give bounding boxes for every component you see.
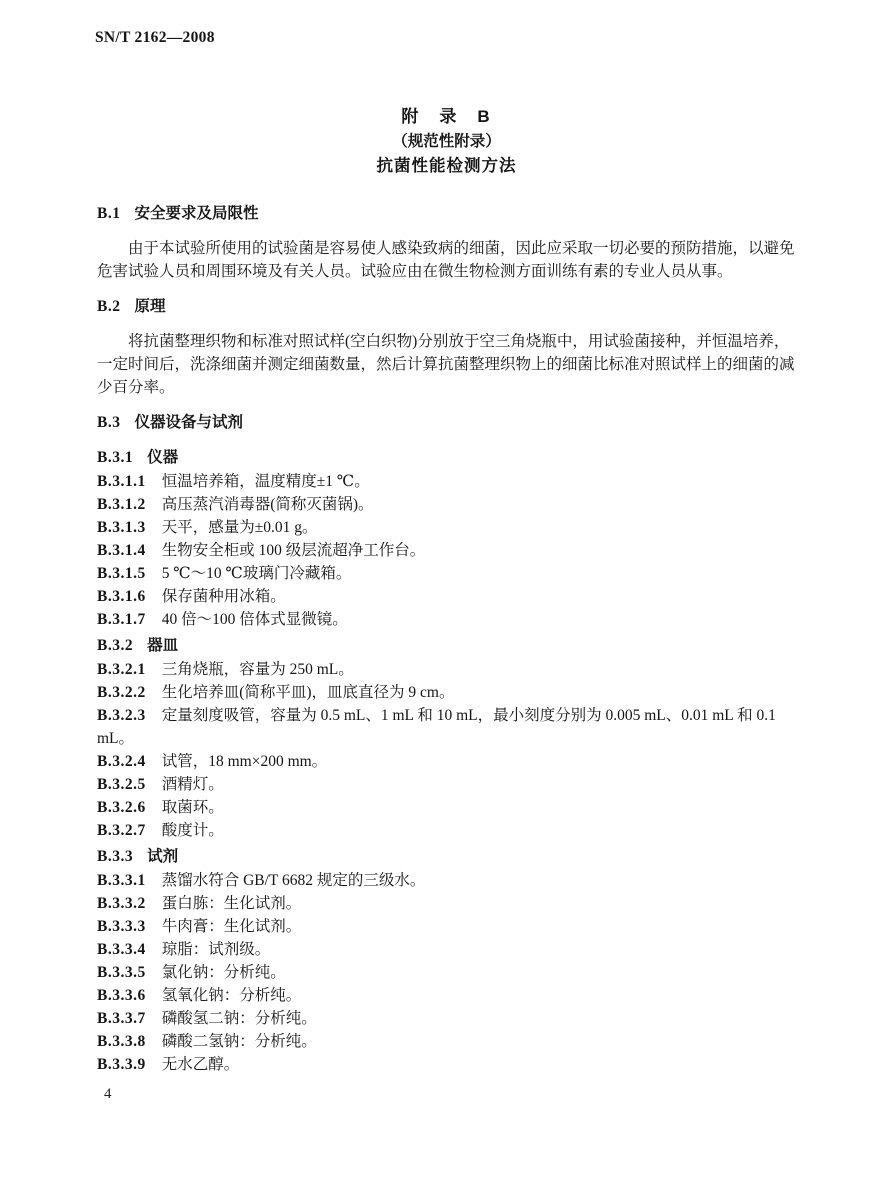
clause-text: 蒸馏水符合 GB/T 6682 规定的三级水。 [162,872,426,889]
clause-text: 酒精灯。 [162,776,224,793]
appendix-name: 抗菌性能检测方法 [0,154,893,179]
appendix-title-block: 附 录 B （规范性附录） 抗菌性能检测方法 [0,104,893,179]
clause-text: 仪器 [147,449,178,466]
clause-text: 氯化钠：分析纯。 [162,964,286,981]
clause-text: 试剂 [147,848,178,865]
clause-text: 仪器设备与试剂 [134,414,243,431]
clause-text: 恒温培养箱，温度精度±1 ℃。 [162,473,370,490]
clause-item: B.3.3.3牛肉膏：生化试剂。 [97,915,797,938]
clause-item: B.3.1.4生物安全柜或 100 级层流超净工作台。 [97,539,797,562]
clause-number: B.3.3.5 [97,964,146,981]
clause-text: 5 ℃～10 ℃玻璃门冷藏箱。 [162,565,352,582]
clause-number: B.3.3.9 [97,1056,146,1073]
clause-text: 氢氧化钠：分析纯。 [162,987,302,1004]
clause-number: B.3.3 [97,848,133,865]
document-sections: B.1安全要求及局限性由于本试验所使用的试验菌是容易使人感染致病的细菌，因此应采… [97,202,797,1076]
clause-text: 取菌环。 [162,799,224,816]
clause-text: 酸度计。 [162,822,224,839]
section-heading: B.2原理 [97,295,797,318]
clause-item: B.3.3.8磷酸二氢钠：分析纯。 [97,1030,797,1053]
clause-item: B.3.1.740 倍～100 倍体式显微镜。 [97,608,797,631]
clause-text: 试管，18 mm×200 mm。 [162,753,327,770]
clause-item: B.3.3.2蛋白胨：生化试剂。 [97,892,797,915]
clause-number: B.3 [97,414,120,431]
clause-text: 牛肉膏：生化试剂。 [162,918,302,935]
paragraph: 由于本试验所使用的试验菌是容易使人感染致病的细菌，因此应采取一切必要的预防措施，… [97,237,797,283]
clause-text: 器皿 [147,637,178,654]
clause-text: 天平，感量为±0.01 g。 [162,519,318,536]
clause-item: B.3.2.4试管，18 mm×200 mm。 [97,750,797,773]
clause-item: B.3.1.1恒温培养箱，温度精度±1 ℃。 [97,470,797,493]
clause-text: 磷酸二氢钠：分析纯。 [162,1033,317,1050]
clause-number: B.3.3.7 [97,1010,146,1027]
clause-text: 高压蒸汽消毒器(简称灭菌锅)。 [162,496,374,513]
clause-number: B.3.3.8 [97,1033,146,1050]
clause-number: B.3.2.6 [97,799,146,816]
clause-text: 磷酸氢二钠：分析纯。 [162,1010,317,1027]
clause-number: B.3.2.4 [97,753,146,770]
clause-number: B.3.2.3 [97,707,146,724]
clause-number: B.3.3.4 [97,941,146,958]
clause-item: B.3.1.6保存菌种用冰箱。 [97,585,797,608]
appendix-title: 附 录 B [0,104,893,129]
clause-number: B.3.1.6 [97,588,146,605]
clause-item: B.3.3.6氢氧化钠：分析纯。 [97,984,797,1007]
clause-number: B.3.3.1 [97,872,146,889]
paragraph: 将抗菌整理织物和标准对照试样(空白织物)分别放于空三角烧瓶中，用试验菌接种，并恒… [97,330,797,399]
clause-number: B.3.3.3 [97,918,146,935]
clause-text: 定量刻度吸管，容量为 0.5 mL、1 mL 和 10 mL，最小刻度分别为 0… [97,707,776,747]
clause-item: B.3.3.1蒸馏水符合 GB/T 6682 规定的三级水。 [97,869,797,892]
clause-item: B.3.2.5酒精灯。 [97,773,797,796]
section-heading: B.3仪器设备与试剂 [97,411,797,434]
clause-item: B.3.3.7磷酸氢二钠：分析纯。 [97,1007,797,1030]
clause-number: B.3.3.2 [97,895,146,912]
clause-text: 无水乙醇。 [162,1056,240,1073]
subsection-heading: B.3.2器皿 [97,634,797,657]
clause-item: B.3.2.6取菌环。 [97,796,797,819]
clause-text: 琼脂：试剂级。 [162,941,271,958]
clause-number: B.3.1.7 [97,611,146,628]
section-heading: B.1安全要求及局限性 [97,202,797,225]
clause-item: B.3.1.3天平，感量为±0.01 g。 [97,516,797,539]
clause-item: B.3.2.3定量刻度吸管，容量为 0.5 mL、1 mL 和 10 mL，最小… [97,704,797,750]
clause-item: B.3.2.2生化培养皿(简称平皿)，皿底直径为 9 cm。 [97,681,797,704]
clause-number: B.3.1.5 [97,565,146,582]
appendix-subtitle: （规范性附录） [0,129,893,154]
clause-number: B.3.2.2 [97,684,146,701]
subsection-heading: B.3.3试剂 [97,845,797,868]
clause-item: B.3.1.2高压蒸汽消毒器(简称灭菌锅)。 [97,493,797,516]
clause-item: B.3.3.4琼脂：试剂级。 [97,938,797,961]
clause-number: B.3.1.4 [97,542,146,559]
clause-number: B.3.2.1 [97,661,146,678]
clause-text: 安全要求及局限性 [134,205,258,222]
standard-number-header: SN/T 2162—2008 [95,29,215,47]
clause-item: B.3.3.5氯化钠：分析纯。 [97,961,797,984]
subsection-heading: B.3.1仪器 [97,446,797,469]
clause-text: 40 倍～100 倍体式显微镜。 [162,611,348,628]
clause-number: B.3.1.2 [97,496,146,513]
clause-item: B.3.2.1三角烧瓶，容量为 250 mL。 [97,658,797,681]
clause-number: B.2 [97,298,120,315]
document-page: SN/T 2162—2008 附 录 B （规范性附录） 抗菌性能检测方法 B.… [0,0,893,1200]
clause-number: B.1 [97,205,120,222]
clause-text: 原理 [134,298,165,315]
clause-number: B.3.2.5 [97,776,146,793]
clause-number: B.3.1.3 [97,519,146,536]
clause-text: 蛋白胨：生化试剂。 [162,895,302,912]
clause-item: B.3.1.55 ℃～10 ℃玻璃门冷藏箱。 [97,562,797,585]
clause-text: 三角烧瓶，容量为 250 mL。 [162,661,354,678]
clause-item: B.3.3.9无水乙醇。 [97,1053,797,1076]
clause-item: B.3.2.7酸度计。 [97,819,797,842]
clause-number: B.3.1.1 [97,473,146,490]
clause-text: 生物安全柜或 100 级层流超净工作台。 [162,542,426,559]
clause-number: B.3.2.7 [97,822,146,839]
clause-number: B.3.3.6 [97,987,146,1004]
clause-text: 保存菌种用冰箱。 [162,588,286,605]
clause-number: B.3.1 [97,449,133,466]
page-number: 4 [104,1086,112,1103]
clause-text: 生化培养皿(简称平皿)，皿底直径为 9 cm。 [162,684,455,701]
clause-number: B.3.2 [97,637,133,654]
